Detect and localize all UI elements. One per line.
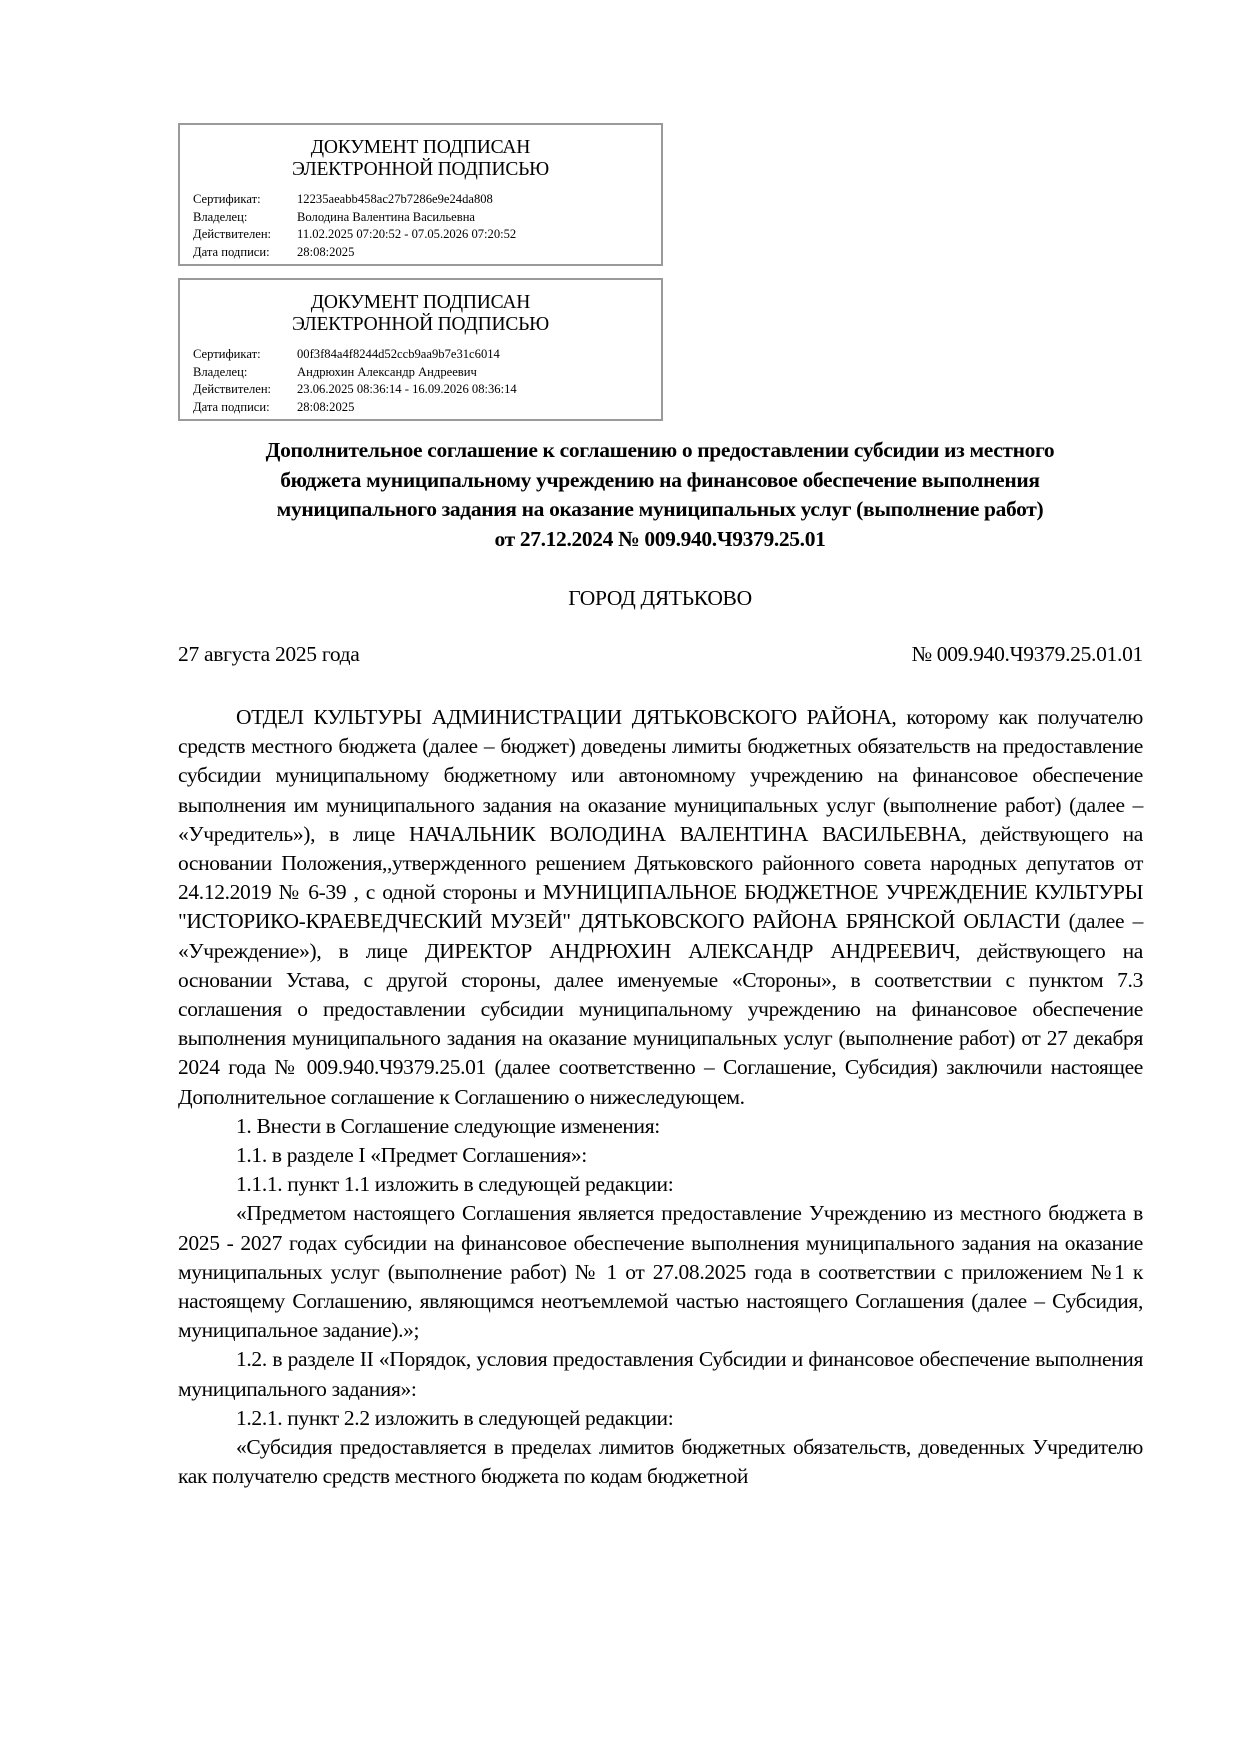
paragraph-item-1-1: 1.1. в разделе I «Предмет Соглашения»: [178,1141,1143,1170]
stamp-title: ДОКУМЕНТ ПОДПИСАН ЭЛЕКТРОННОЙ ПОДПИСЬЮ [180,292,661,336]
certificate-value: 00f3f84a4f8244d52ccb9aa9b7e31c6014 [297,346,500,364]
validity-value: 11.02.2025 07:20:52 - 07.05.2026 07:20:5… [297,226,516,244]
owner-row: Владелец: Володина Валентина Васильевна [193,209,516,227]
sign-date-label: Дата подписи: [193,399,297,417]
stamp-title-line: ЭЛЕКТРОННОЙ ПОДПИСЬЮ [180,314,661,336]
paragraph-item-1-2-1: 1.2.1. пункт 2.2 изложить в следующей ре… [178,1404,1143,1433]
certificate-label: Сертификат: [193,346,297,364]
stamp-details: Сертификат: 12235aeabb458ac27b7286e9e24d… [193,191,516,261]
title-line: бюджета муниципальному учреждению на фин… [170,466,1150,496]
paragraph-item-1: 1. Внести в Соглашение следующие изменен… [178,1112,1143,1141]
certificate-row: Сертификат: 00f3f84a4f8244d52ccb9aa9b7e3… [193,346,517,364]
stamp-title-line: ДОКУМЕНТ ПОДПИСАН [180,292,661,314]
stamp-title: ДОКУМЕНТ ПОДПИСАН ЭЛЕКТРОННОЙ ПОДПИСЬЮ [180,137,661,181]
paragraph-item-1-2: 1.2. в разделе II «Порядок, условия пред… [178,1345,1143,1403]
e-signature-stamp: ДОКУМЕНТ ПОДПИСАН ЭЛЕКТРОННОЙ ПОДПИСЬЮ С… [178,278,663,421]
stamp-details: Сертификат: 00f3f84a4f8244d52ccb9aa9b7e3… [193,346,517,416]
title-line: Дополнительное соглашение к соглашению о… [170,436,1150,466]
certificate-value: 12235aeabb458ac27b7286e9e24da808 [297,191,493,209]
sign-date-row: Дата подписи: 28:08:2025 [193,244,516,262]
owner-label: Владелец: [193,209,297,227]
sign-date-label: Дата подписи: [193,244,297,262]
sign-date-value: 28:08:2025 [297,244,354,262]
validity-label: Действителен: [193,226,297,244]
paragraph-item-1-1-1: 1.1.1. пункт 1.1 изложить в следующей ре… [178,1170,1143,1199]
owner-value: Андрюхин Александр Андреевич [297,364,477,382]
paragraph-preamble: ОТДЕЛ КУЛЬТУРЫ АДМИНИСТРАЦИИ ДЯТЬКОВСКОГ… [178,703,1143,1112]
city: ГОРОД ДЯТЬКОВО [170,584,1150,612]
paragraph-quote-2-2: «Субсидия предоставляется в пределах лим… [178,1433,1143,1491]
certificate-label: Сертификат: [193,191,297,209]
owner-value: Володина Валентина Васильевна [297,209,475,227]
title-line: муниципального задания на оказание муниц… [170,495,1150,525]
paragraph-quote-1-1: «Предметом настоящего Соглашения являетс… [178,1199,1143,1345]
agreement-number: № 009.940.Ч9379.25.01.01 [911,640,1143,668]
stamp-title-line: ЭЛЕКТРОННОЙ ПОДПИСЬЮ [180,159,661,181]
certificate-row: Сертификат: 12235aeabb458ac27b7286e9e24d… [193,191,516,209]
validity-row: Действителен: 23.06.2025 08:36:14 - 16.0… [193,381,517,399]
e-signature-stamp: ДОКУМЕНТ ПОДПИСАН ЭЛЕКТРОННОЙ ПОДПИСЬЮ С… [178,123,663,266]
validity-value: 23.06.2025 08:36:14 - 16.09.2026 08:36:1… [297,381,517,399]
validity-label: Действителен: [193,381,297,399]
document-body: ОТДЕЛ КУЛЬТУРЫ АДМИНИСТРАЦИИ ДЯТЬКОВСКОГ… [178,703,1143,1491]
sign-date-row: Дата подписи: 28:08:2025 [193,399,517,417]
sign-date-value: 28:08:2025 [297,399,354,417]
owner-label: Владелец: [193,364,297,382]
title-line: от 27.12.2024 № 009.940.Ч9379.25.01 [170,525,1150,555]
date-number-row: 27 августа 2025 года № 009.940.Ч9379.25.… [178,640,1143,668]
validity-row: Действителен: 11.02.2025 07:20:52 - 07.0… [193,226,516,244]
document-title: Дополнительное соглашение к соглашению о… [170,436,1150,554]
agreement-date: 27 августа 2025 года [178,640,360,668]
owner-row: Владелец: Андрюхин Александр Андреевич [193,364,517,382]
stamp-title-line: ДОКУМЕНТ ПОДПИСАН [180,137,661,159]
